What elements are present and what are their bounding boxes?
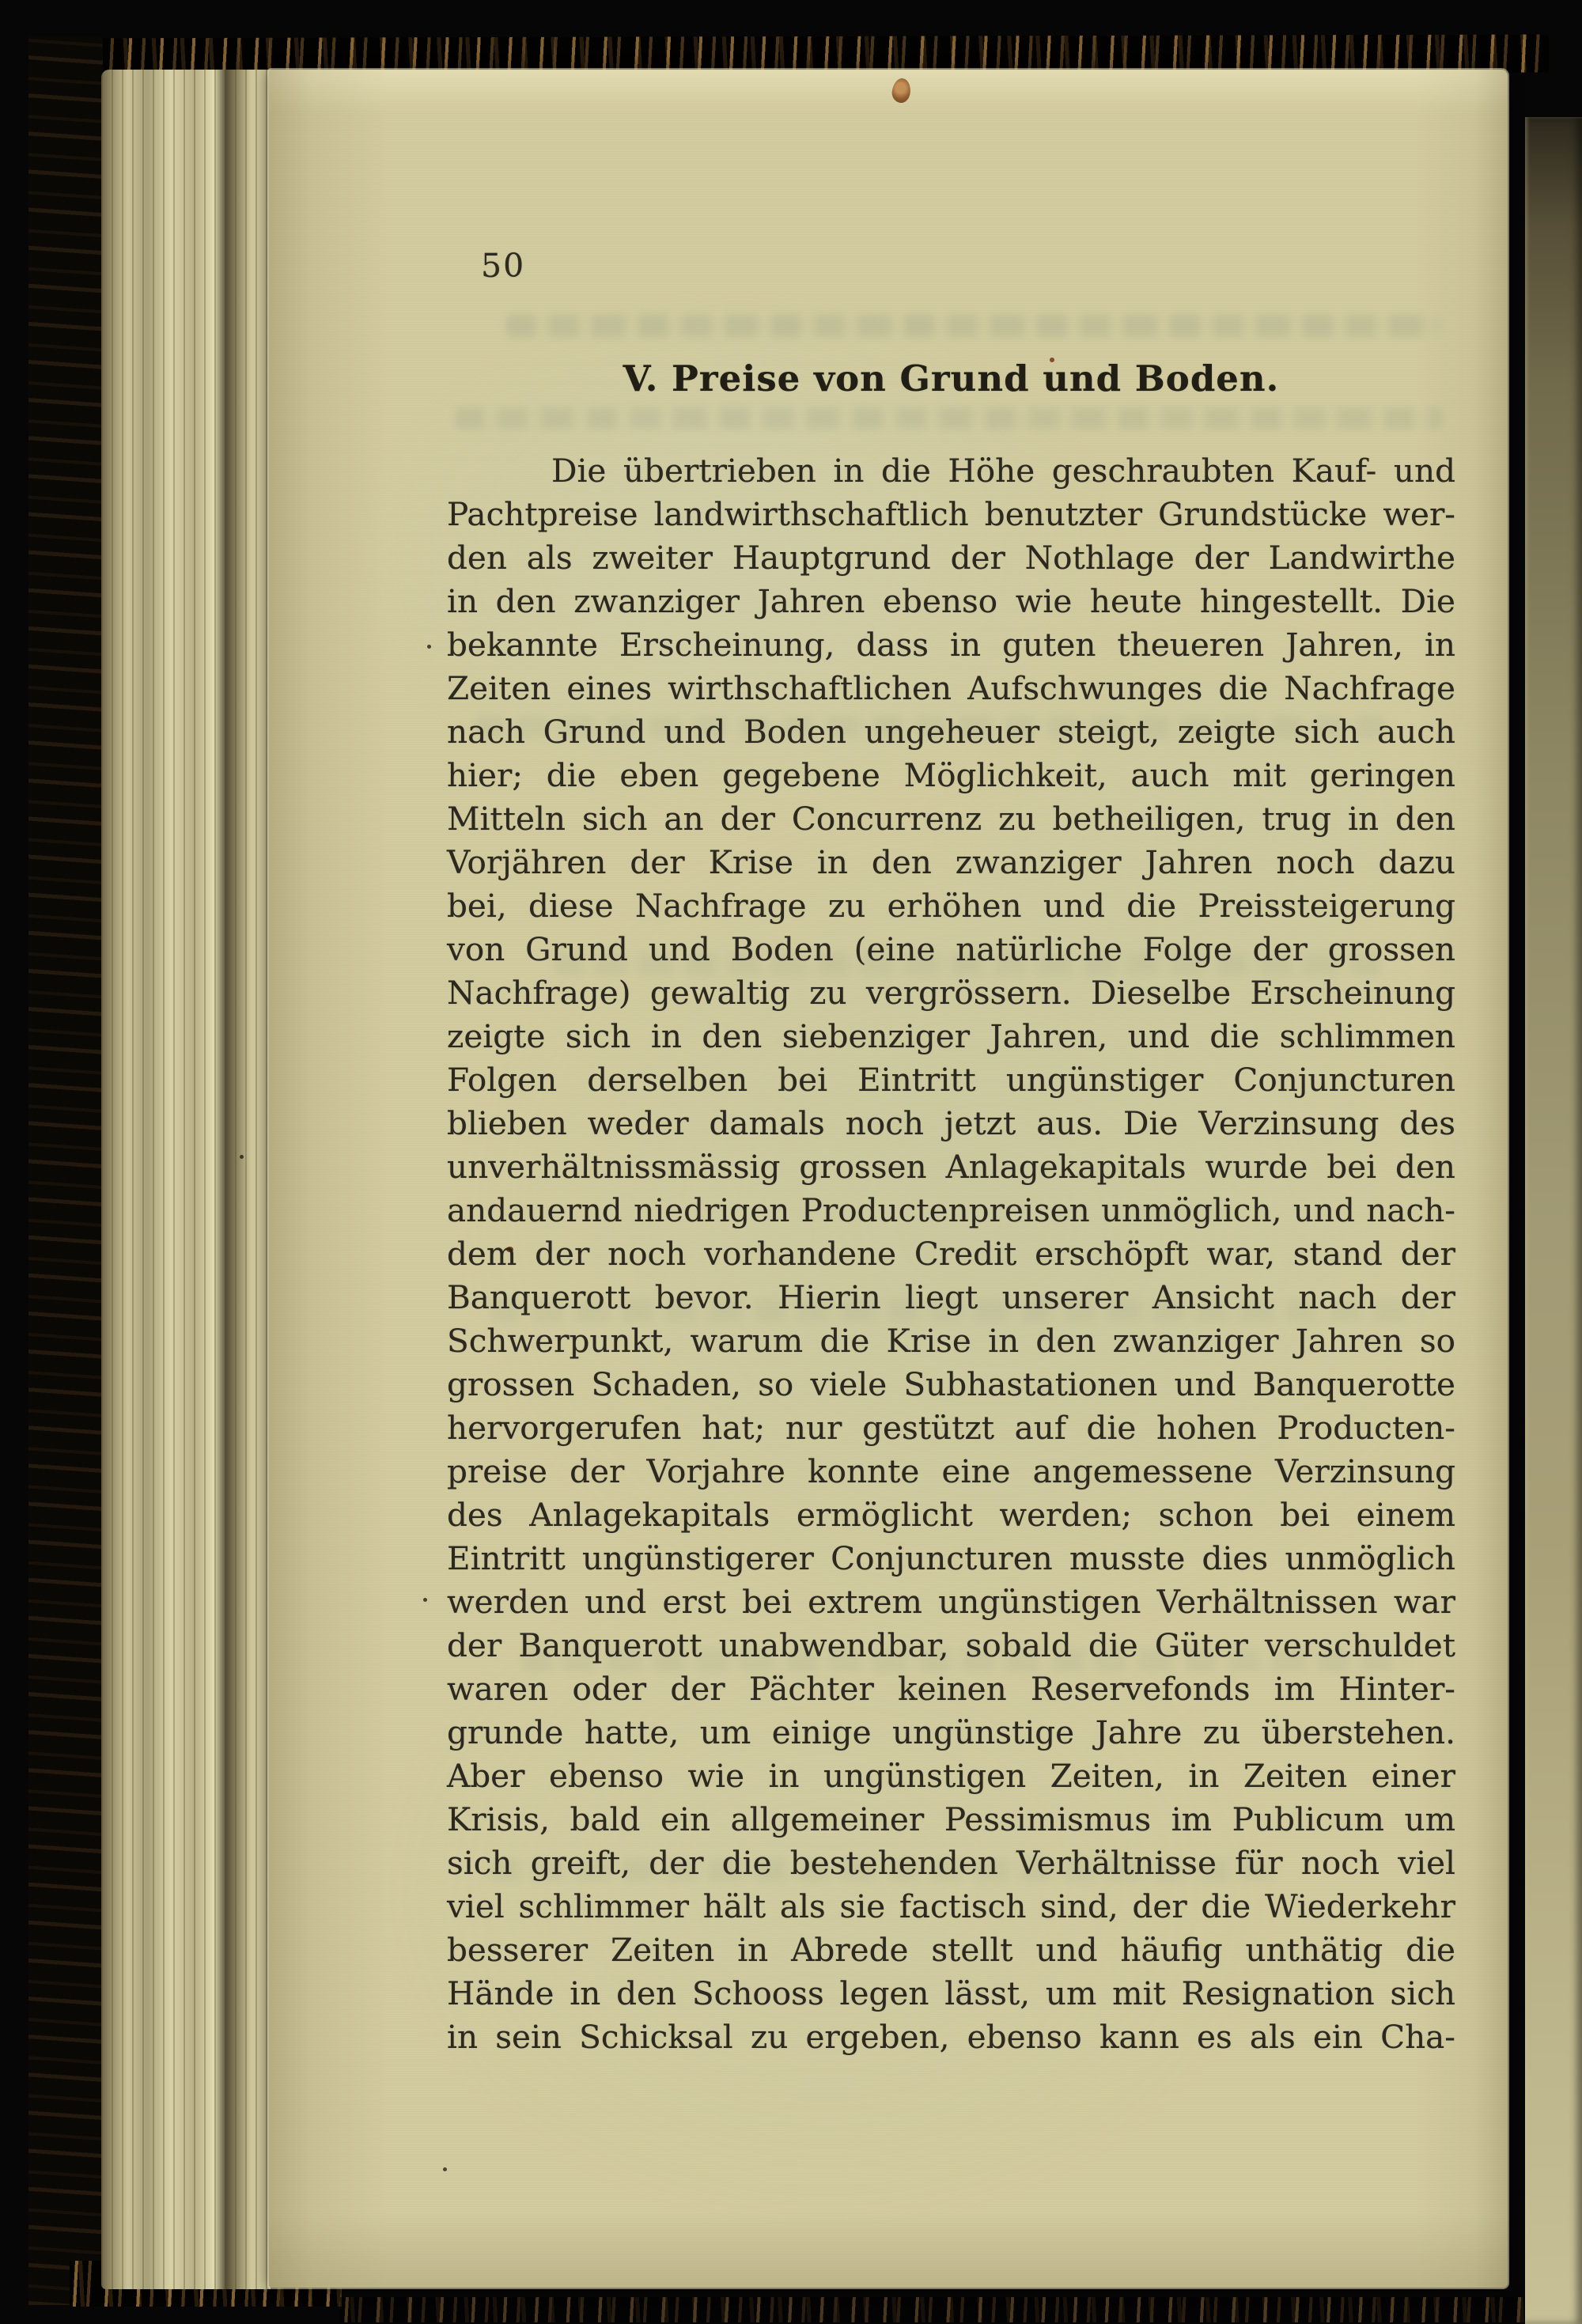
body-text-line: Vorjähren der Krise in den zwanziger Jah…	[447, 841, 1455, 884]
body-text-line: den als zweiter Hauptgrund der Nothlage …	[447, 536, 1455, 580]
body-text-line: andauernd niedrigen Productenpreisen unm…	[447, 1189, 1455, 1232]
body-text-line: grossen Schaden, so viele Subhastationen…	[447, 1363, 1455, 1406]
body-text-line: dem der noch vorhandene Credit erschöpft…	[447, 1232, 1455, 1276]
page-stack-edges	[101, 70, 271, 2289]
body-text-line: Mitteln sich an der Concurrenz zu bethei…	[447, 797, 1455, 841]
body-text-line: Pachtpreise landwirthschaftlich benutzte…	[447, 493, 1455, 536]
body-text-line: nach Grund und Boden ungeheuer steigt, z…	[447, 710, 1455, 754]
body-text-line: Krisis, bald ein allgemeiner Pessimismus…	[447, 1798, 1455, 1841]
body-text-line: Folgen derselben bei Eintritt ungünstige…	[447, 1058, 1455, 1102]
body-text-line: blieben weder damals noch jetzt aus. Die…	[447, 1102, 1455, 1145]
body-text-line: in den zwanziger Jahren ebenso wie heute…	[447, 580, 1455, 623]
book-cover-bottom-edge	[340, 2297, 1549, 2322]
body-text-line: sich greift, der die bestehenden Verhält…	[447, 1841, 1455, 1885]
scanned-book-photograph: 50 V. Preise von Grund und Boden. Die üb…	[0, 0, 1582, 2324]
body-text-line: hier; die eben gegebene Möglichkeit, auc…	[447, 754, 1455, 797]
body-text-line: Aber ebenso wie in ungünstigen Zeiten, i…	[447, 1754, 1455, 1798]
body-text-line: viel schlimmer hält als sie factisch sin…	[447, 1885, 1455, 1928]
paper-speck	[443, 2167, 447, 2171]
body-text-line: grunde hatte, um einige ungünstige Jahre…	[447, 1711, 1455, 1754]
body-text: Die übertrieben in die Höhe geschraubten…	[447, 449, 1455, 2059]
body-text-line: Die übertrieben in die Höhe geschraubten…	[447, 449, 1455, 493]
body-text-line: preise der Vorjahre konnte eine angemess…	[447, 1450, 1455, 1493]
body-text-line: Hände in den Schooss legen lässt, um mit…	[447, 1972, 1455, 2016]
body-text-line: Eintritt ungünstigerer Conjuncturen muss…	[447, 1537, 1455, 1580]
body-text-line: Zeiten eines wirthschaftlichen Aufschwun…	[447, 667, 1455, 710]
body-text-line: von Grund und Boden (eine natürliche Fol…	[447, 928, 1455, 971]
book-cover-left-edge	[28, 36, 103, 2305]
adjacent-page-edge	[1525, 117, 1582, 2324]
bleedthrough-smudge	[506, 315, 1440, 337]
body-text-line: waren oder der Pächter keinen Reservefon…	[447, 1667, 1455, 1711]
body-text-line: der Banquerott unabwendbar, sobald die G…	[447, 1624, 1455, 1667]
body-text-line: hervorgerufen hat; nur gestützt auf die …	[447, 1406, 1455, 1450]
body-text-line: Schwerpunkt, warum die Krise in den zwan…	[447, 1319, 1455, 1363]
bleedthrough-smudge	[455, 407, 1444, 430]
body-text-line: unverhältnissmässig grossen Anlagekapita…	[447, 1145, 1455, 1189]
body-text-line: in sein Schicksal zu ergeben, ebenso kan…	[447, 2016, 1455, 2059]
paper-speck	[240, 1155, 244, 1159]
body-text-line: bekannte Erscheinung, dass in guten theu…	[447, 623, 1455, 667]
section-heading: V. Preise von Grund und Boden.	[447, 358, 1455, 399]
page-number: 50	[481, 247, 525, 285]
body-text-line: zeigte sich in den siebenziger Jahren, u…	[447, 1015, 1455, 1058]
paper-speck	[423, 1598, 427, 1602]
body-text-line: Nachfrage) gewaltig zu vergrössern. Dies…	[447, 971, 1455, 1015]
body-text-line: Banquerott bevor. Hierin liegt unserer A…	[447, 1276, 1455, 1319]
body-text-line: besserer Zeiten in Abrede stellt und häu…	[447, 1928, 1455, 1972]
body-text-line: des Anlagekapitals ermöglicht werden; sc…	[447, 1493, 1455, 1537]
body-text-line: werden und erst bei extrem ungünstigen V…	[447, 1580, 1455, 1624]
body-text-line: bei, diese Nachfrage zu erhöhen und die …	[447, 884, 1455, 928]
paper-speck	[427, 645, 431, 649]
